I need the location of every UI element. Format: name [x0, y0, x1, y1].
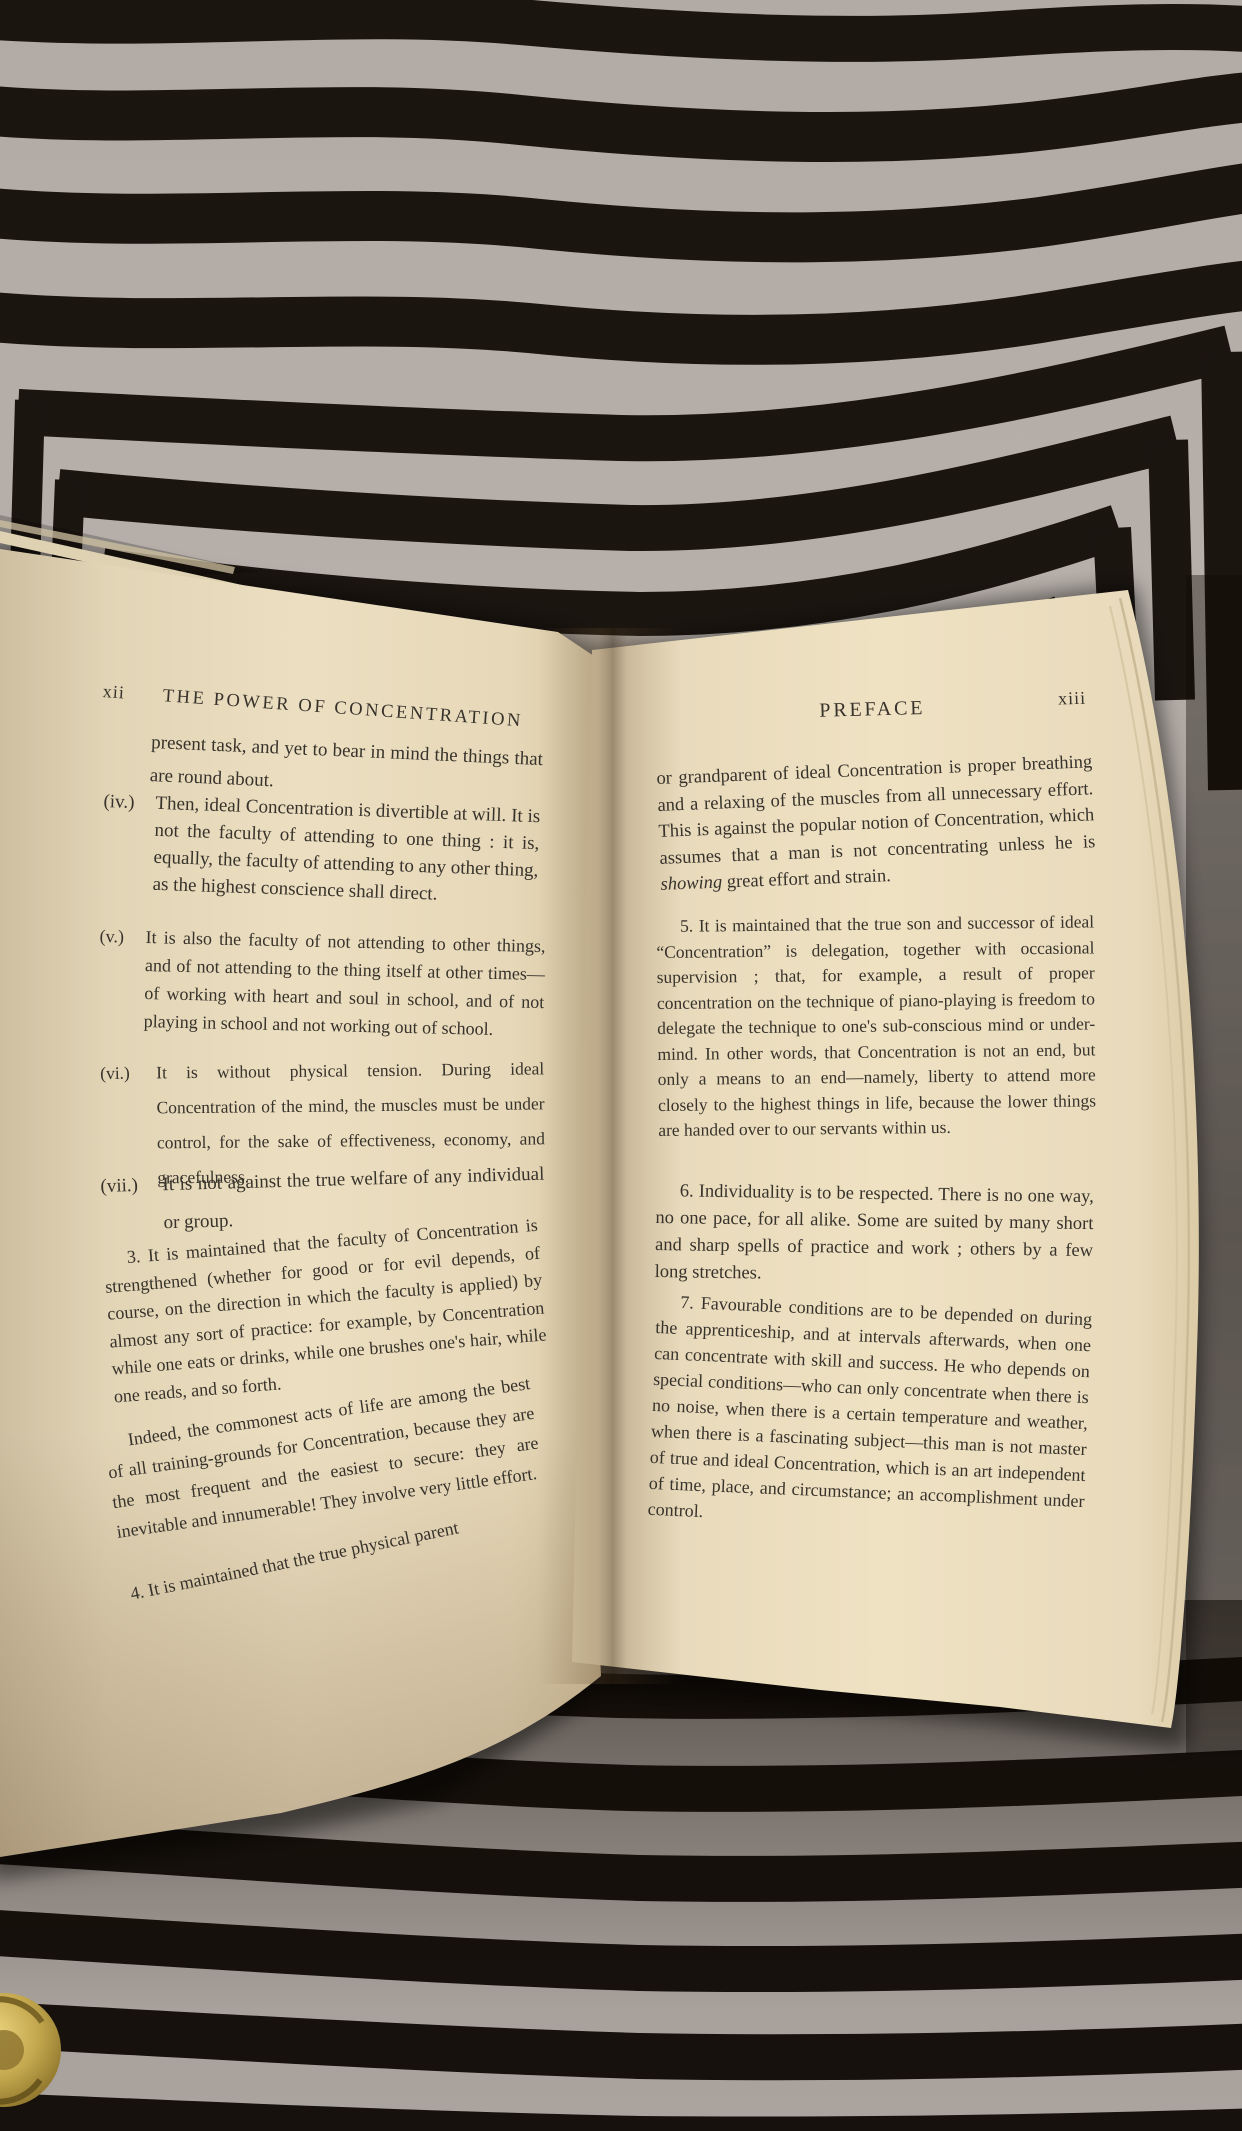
- continuation-italic: showing: [660, 873, 722, 895]
- right-continuation-paragraph: or grandparent of ideal Concentration is…: [656, 749, 1097, 898]
- right-paragraph-5: 5. It is maintained that the true son an…: [656, 909, 1096, 1143]
- list-item-label: (vii.): [100, 1166, 164, 1244]
- right-page-number: xiii: [1058, 683, 1087, 714]
- list-item-label: (iv.): [100, 788, 156, 898]
- right-paragraph-6: 6. Individuality is to be respected. The…: [654, 1178, 1093, 1292]
- continuation-post: great effort and strain.: [722, 866, 891, 892]
- list-item-v: (v.) It is also the faculty of not atten…: [97, 922, 545, 1044]
- list-item-label: (v.): [97, 922, 146, 1035]
- book-photo: xii THE POWER OF CONCENTRATION present t…: [0, 0, 1242, 2131]
- list-item-text: It is also the faculty of not attending …: [143, 923, 545, 1044]
- list-item-text: Then, ideal Concentration is divertible …: [152, 790, 541, 911]
- left-page-number: xii: [102, 676, 126, 707]
- continuation-pre: or grandparent of ideal Concentration is…: [656, 752, 1095, 868]
- list-item-iv: (iv.) Then, ideal Concentration is diver…: [100, 788, 541, 911]
- preface-heading: PREFACE: [819, 693, 926, 726]
- right-paragraph-7: 7. Favourable conditions are to be depen…: [647, 1288, 1092, 1540]
